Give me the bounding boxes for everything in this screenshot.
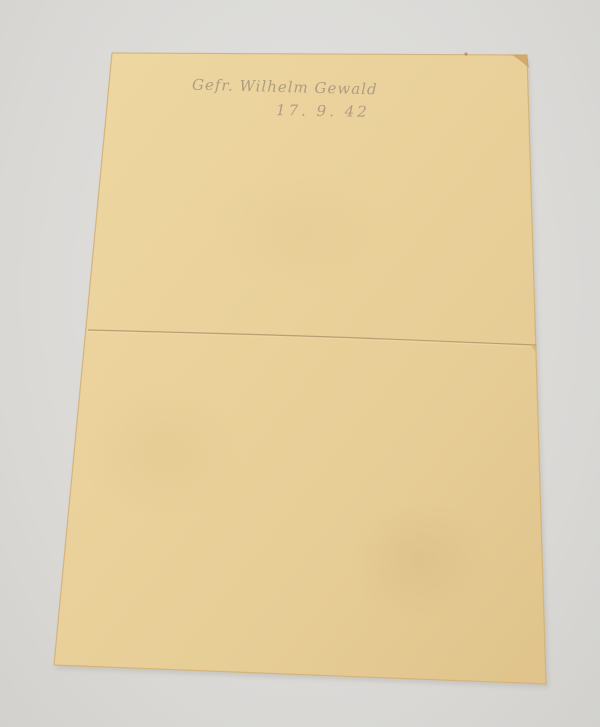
stain <box>350 500 490 620</box>
spot <box>464 52 467 55</box>
handwritten-date: 17. 9. 42 <box>276 101 370 121</box>
stain <box>210 170 390 290</box>
background-surface: Gefr. Wilhelm Gewald 17. 9. 42 <box>0 0 600 727</box>
stain <box>80 380 240 520</box>
